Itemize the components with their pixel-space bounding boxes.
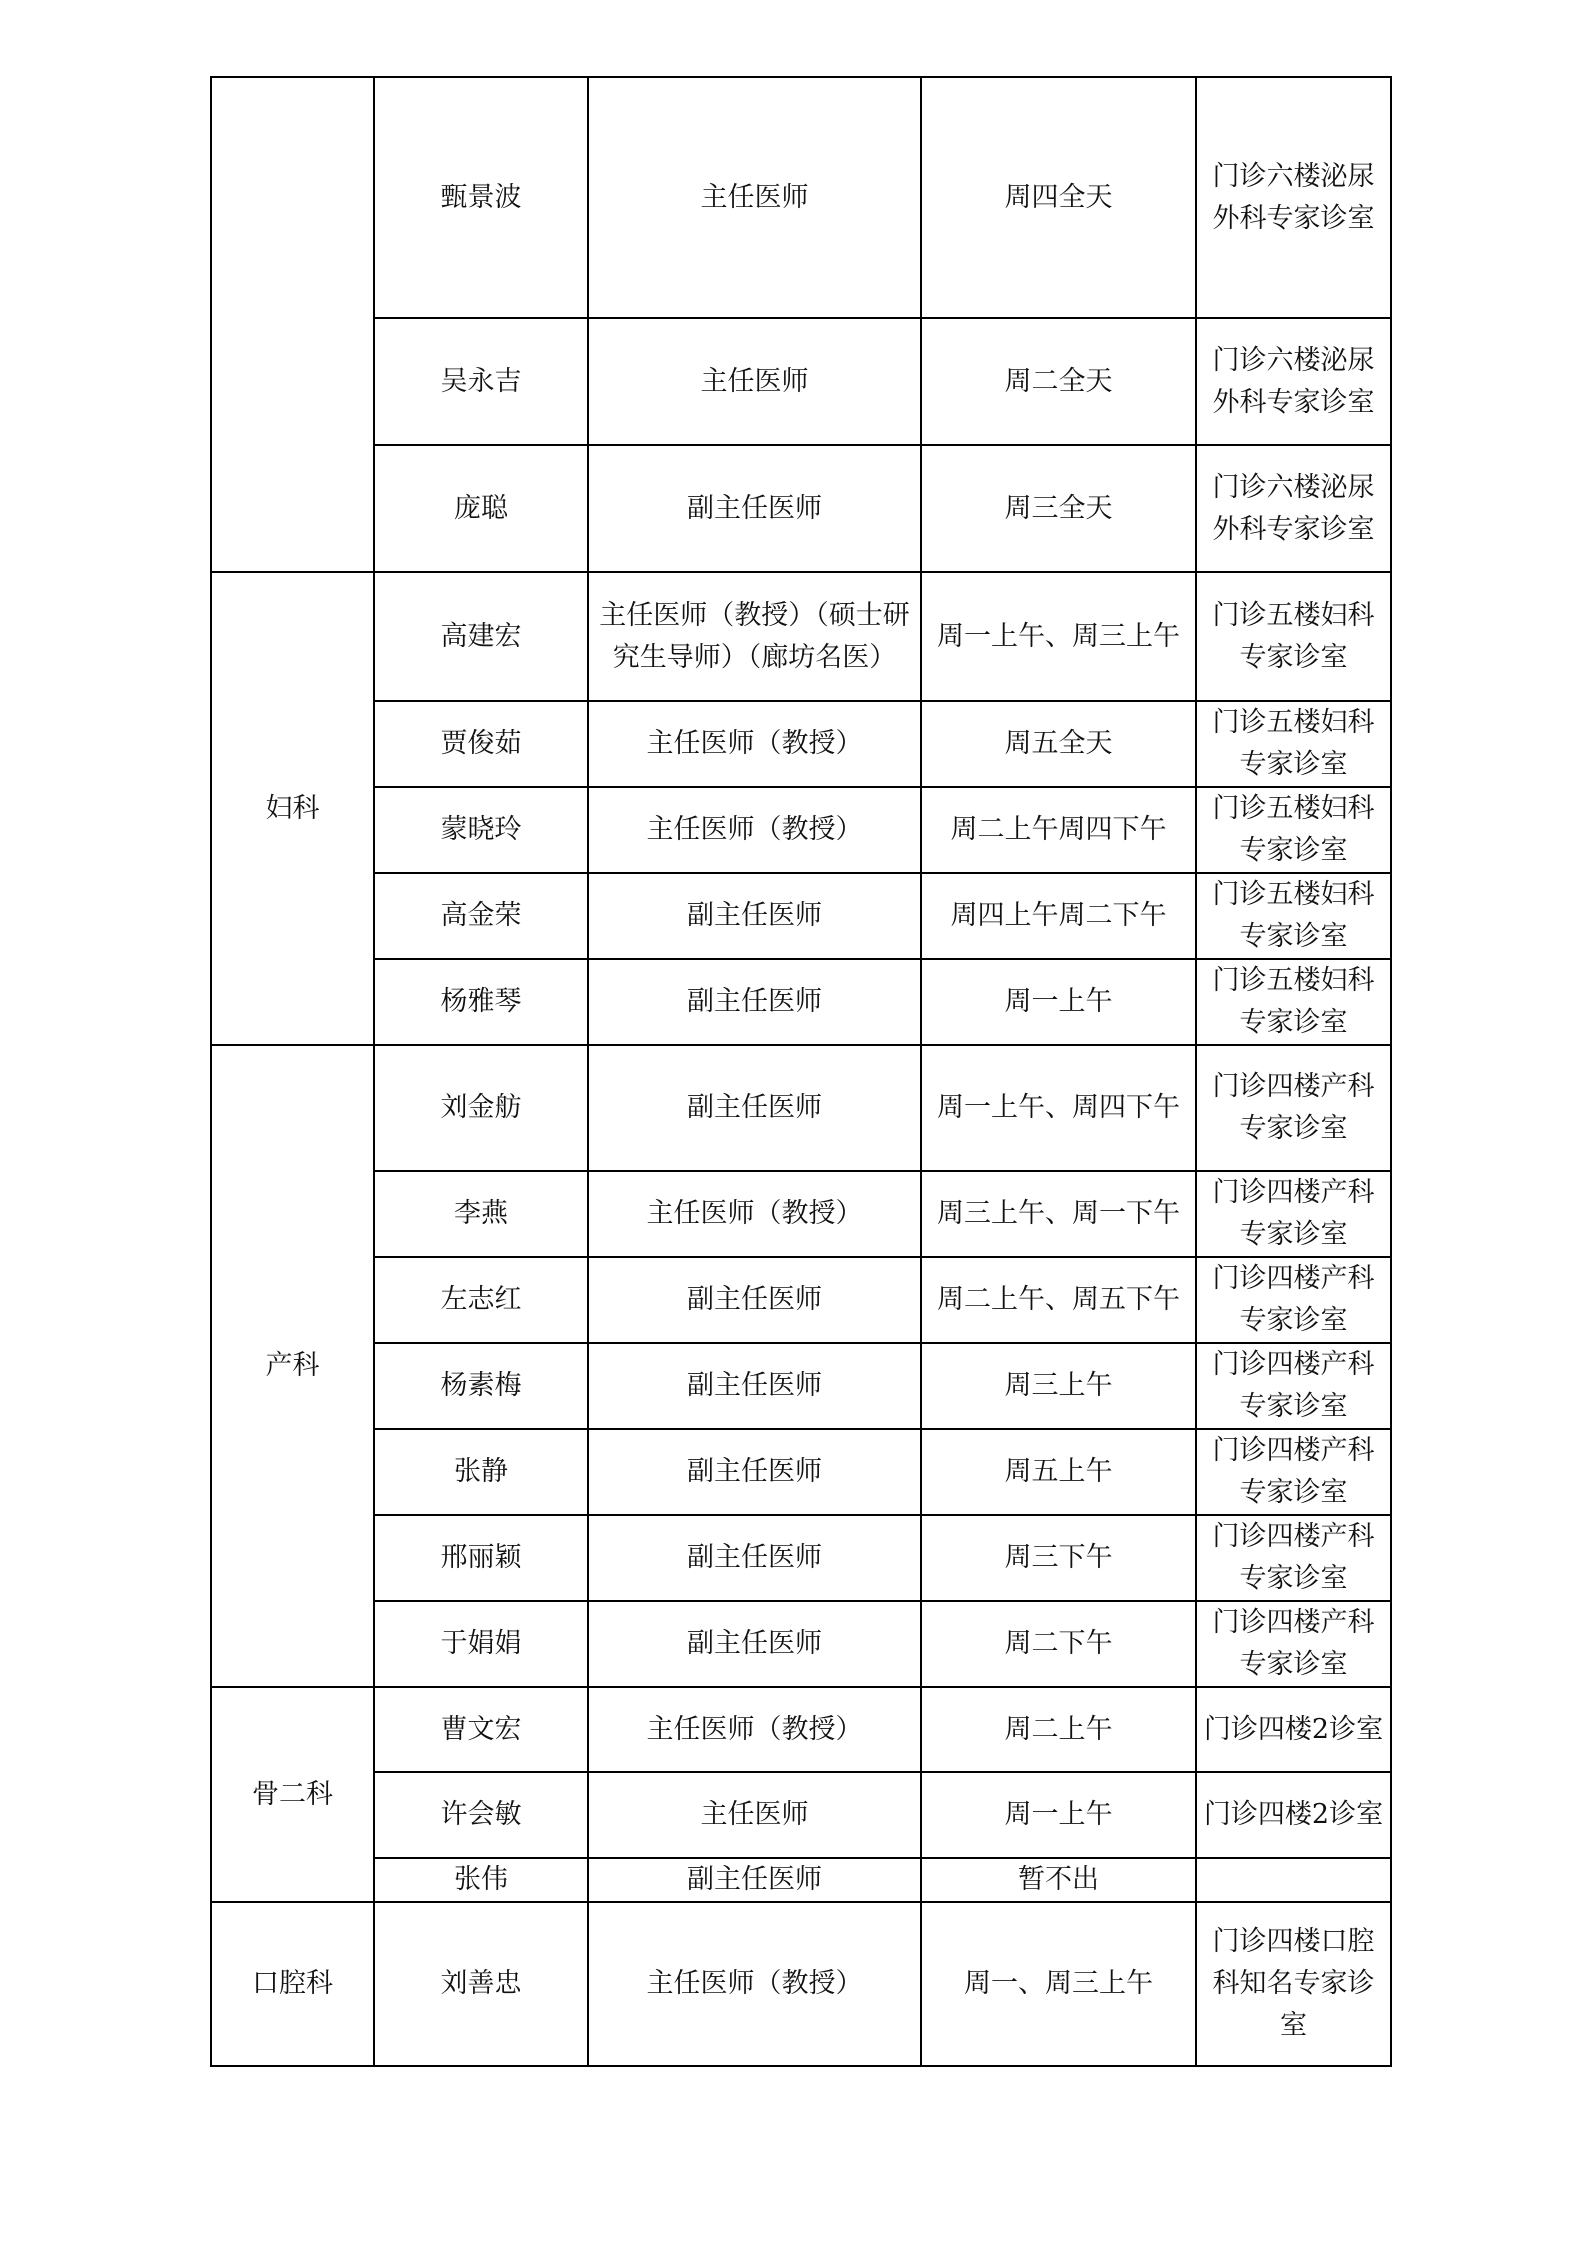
doctor-title-cell: 主任医师: [588, 1772, 921, 1858]
table-row: 甄景波主任医师周四全天门诊六楼泌尿外科专家诊室: [211, 77, 1391, 318]
clinic-room-cell: 门诊五楼妇科专家诊室: [1196, 572, 1391, 701]
clinic-time-cell: 周三上午、周一下午: [921, 1171, 1196, 1257]
clinic-room-cell: 门诊四楼产科专家诊室: [1196, 1343, 1391, 1429]
doctor-name-cell: 曹文宏: [374, 1687, 588, 1772]
doctor-name-cell: 贾俊茹: [374, 701, 588, 787]
doctor-title-cell: 副主任医师: [588, 1045, 921, 1171]
doctor-title-cell: 副主任医师: [588, 1858, 921, 1902]
doctor-name-cell: 杨素梅: [374, 1343, 588, 1429]
doctor-title-cell: 副主任医师: [588, 1343, 921, 1429]
department-cell: 骨二科: [211, 1687, 374, 1902]
clinic-room-cell: 门诊六楼泌尿外科专家诊室: [1196, 77, 1391, 318]
clinic-room-cell: 门诊五楼妇科专家诊室: [1196, 873, 1391, 959]
clinic-room-cell: [1196, 1858, 1391, 1902]
clinic-time-cell: 周三全天: [921, 445, 1196, 572]
doctor-title-cell: 主任医师（教授）: [588, 701, 921, 787]
doctor-title-cell: 主任医师（教授）: [588, 1171, 921, 1257]
doctor-name-cell: 庞聪: [374, 445, 588, 572]
doctor-name-cell: 高建宏: [374, 572, 588, 701]
doctor-title-cell: 主任医师（教授）: [588, 1902, 921, 2066]
clinic-room-cell: 门诊四楼产科专家诊室: [1196, 1515, 1391, 1601]
clinic-room-cell: 门诊四楼口腔科知名专家诊室: [1196, 1902, 1391, 2066]
table-row: 妇科高建宏主任医师（教授）（硕士研究生导师）（廊坊名医）周一上午、周三上午门诊五…: [211, 572, 1391, 701]
doctor-name-cell: 左志红: [374, 1257, 588, 1343]
clinic-time-cell: 周二上午周四下午: [921, 787, 1196, 873]
clinic-room-cell: 门诊五楼妇科专家诊室: [1196, 701, 1391, 787]
table-row: 贾俊茹主任医师（教授）周五全天门诊五楼妇科专家诊室: [211, 701, 1391, 787]
table-row: 李燕主任医师（教授）周三上午、周一下午门诊四楼产科专家诊室: [211, 1171, 1391, 1257]
doctor-title-cell: 主任医师（教授）: [588, 787, 921, 873]
department-cell: 产科: [211, 1045, 374, 1687]
table-row: 口腔科刘善忠主任医师（教授）周一、周三上午门诊四楼口腔科知名专家诊室: [211, 1902, 1391, 2066]
doctor-name-cell: 甄景波: [374, 77, 588, 318]
doctor-title-cell: 副主任医师: [588, 1429, 921, 1515]
table-row: 许会敏主任医师周一上午门诊四楼2诊室: [211, 1772, 1391, 1858]
table-row: 蒙晓玲主任医师（教授）周二上午周四下午门诊五楼妇科专家诊室: [211, 787, 1391, 873]
doctor-title-cell: 副主任医师: [588, 1515, 921, 1601]
clinic-time-cell: 周二上午、周五下午: [921, 1257, 1196, 1343]
clinic-room-cell: 门诊四楼产科专家诊室: [1196, 1601, 1391, 1687]
doctor-name-cell: 邢丽颖: [374, 1515, 588, 1601]
clinic-room-cell: 门诊六楼泌尿外科专家诊室: [1196, 445, 1391, 572]
doctor-title-cell: 副主任医师: [588, 1601, 921, 1687]
clinic-room-cell: 门诊五楼妇科专家诊室: [1196, 787, 1391, 873]
expert-schedule-table: 甄景波主任医师周四全天门诊六楼泌尿外科专家诊室吴永吉主任医师周二全天门诊六楼泌尿…: [210, 76, 1392, 2067]
doctor-name-cell: 许会敏: [374, 1772, 588, 1858]
doctor-name-cell: 张静: [374, 1429, 588, 1515]
table-row: 杨雅琴副主任医师周一上午门诊五楼妇科专家诊室: [211, 959, 1391, 1045]
clinic-time-cell: 周四全天: [921, 77, 1196, 318]
schedule-table-body: 甄景波主任医师周四全天门诊六楼泌尿外科专家诊室吴永吉主任医师周二全天门诊六楼泌尿…: [211, 77, 1391, 2066]
clinic-room-cell: 门诊四楼2诊室: [1196, 1772, 1391, 1858]
clinic-time-cell: 周三上午: [921, 1343, 1196, 1429]
doctor-name-cell: 蒙晓玲: [374, 787, 588, 873]
department-cell: 口腔科: [211, 1902, 374, 2066]
clinic-room-cell: 门诊四楼产科专家诊室: [1196, 1429, 1391, 1515]
doctor-title-cell: 副主任医师: [588, 959, 921, 1045]
table-row: 邢丽颖副主任医师周三下午门诊四楼产科专家诊室: [211, 1515, 1391, 1601]
clinic-time-cell: 周五全天: [921, 701, 1196, 787]
table-row: 杨素梅副主任医师周三上午门诊四楼产科专家诊室: [211, 1343, 1391, 1429]
clinic-room-cell: 门诊四楼产科专家诊室: [1196, 1045, 1391, 1171]
doctor-title-cell: 副主任医师: [588, 445, 921, 572]
clinic-time-cell: 周一、周三上午: [921, 1902, 1196, 2066]
clinic-time-cell: 周二上午: [921, 1687, 1196, 1772]
doctor-name-cell: 高金荣: [374, 873, 588, 959]
doctor-title-cell: 副主任医师: [588, 873, 921, 959]
doctor-title-cell: 主任医师（教授）: [588, 1687, 921, 1772]
doctor-name-cell: 刘善忠: [374, 1902, 588, 2066]
clinic-time-cell: 周四上午周二下午: [921, 873, 1196, 959]
clinic-time-cell: 周二下午: [921, 1601, 1196, 1687]
clinic-room-cell: 门诊四楼2诊室: [1196, 1687, 1391, 1772]
doctor-name-cell: 吴永吉: [374, 318, 588, 445]
clinic-time-cell: 暂不出: [921, 1858, 1196, 1902]
table-row: 于娟娟副主任医师周二下午门诊四楼产科专家诊室: [211, 1601, 1391, 1687]
department-cell: [211, 77, 374, 572]
table-row: 张静副主任医师周五上午门诊四楼产科专家诊室: [211, 1429, 1391, 1515]
clinic-room-cell: 门诊五楼妇科专家诊室: [1196, 959, 1391, 1045]
clinic-time-cell: 周五上午: [921, 1429, 1196, 1515]
doctor-name-cell: 刘金舫: [374, 1045, 588, 1171]
table-row: 张伟副主任医师暂不出: [211, 1858, 1391, 1902]
doctor-name-cell: 杨雅琴: [374, 959, 588, 1045]
doctor-title-cell: 主任医师（教授）（硕士研究生导师）（廊坊名医）: [588, 572, 921, 701]
clinic-time-cell: 周二全天: [921, 318, 1196, 445]
clinic-room-cell: 门诊四楼产科专家诊室: [1196, 1257, 1391, 1343]
doctor-title-cell: 副主任医师: [588, 1257, 921, 1343]
clinic-time-cell: 周一上午: [921, 959, 1196, 1045]
clinic-time-cell: 周三下午: [921, 1515, 1196, 1601]
clinic-time-cell: 周一上午、周三上午: [921, 572, 1196, 701]
doctor-title-cell: 主任医师: [588, 77, 921, 318]
doctor-name-cell: 于娟娟: [374, 1601, 588, 1687]
table-row: 高金荣副主任医师周四上午周二下午门诊五楼妇科专家诊室: [211, 873, 1391, 959]
clinic-room-cell: 门诊四楼产科专家诊室: [1196, 1171, 1391, 1257]
department-cell: 妇科: [211, 572, 374, 1045]
doctor-name-cell: 李燕: [374, 1171, 588, 1257]
table-row: 产科刘金舫副主任医师周一上午、周四下午门诊四楼产科专家诊室: [211, 1045, 1391, 1171]
table-row: 吴永吉主任医师周二全天门诊六楼泌尿外科专家诊室: [211, 318, 1391, 445]
table-row: 骨二科曹文宏主任医师（教授）周二上午门诊四楼2诊室: [211, 1687, 1391, 1772]
clinic-room-cell: 门诊六楼泌尿外科专家诊室: [1196, 318, 1391, 445]
doctor-name-cell: 张伟: [374, 1858, 588, 1902]
table-row: 左志红副主任医师周二上午、周五下午门诊四楼产科专家诊室: [211, 1257, 1391, 1343]
clinic-time-cell: 周一上午、周四下午: [921, 1045, 1196, 1171]
doctor-title-cell: 主任医师: [588, 318, 921, 445]
clinic-time-cell: 周一上午: [921, 1772, 1196, 1858]
table-row: 庞聪副主任医师周三全天门诊六楼泌尿外科专家诊室: [211, 445, 1391, 572]
